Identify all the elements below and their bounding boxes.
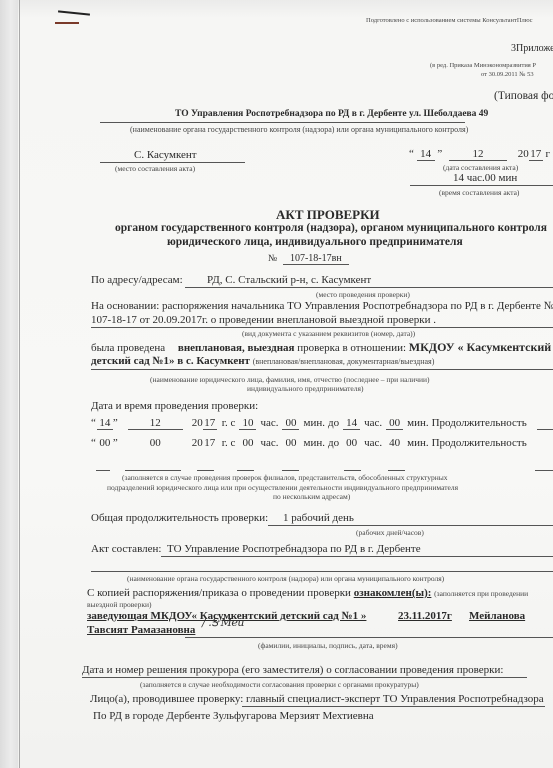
hour-label: час. <box>364 417 382 429</box>
act-number: 107-18-17вн <box>283 253 349 265</box>
from-hour-field: 10 <box>239 417 256 430</box>
month-field: 00 <box>128 437 183 449</box>
year-prefix: 20 <box>192 437 203 449</box>
year-field: 17 <box>203 417 217 430</box>
from-hour-field: 00 <box>239 437 256 449</box>
duration-label: Продолжительность <box>432 417 527 429</box>
min-label: мин. <box>407 437 428 449</box>
day-field: 14 <box>97 417 113 430</box>
blank-field <box>197 470 214 471</box>
inspector-label: Лицо(а), проводившее проверку: <box>90 693 243 705</box>
inspector-value-2: По РД в городе Дербенте Зульфугарова Мер… <box>93 710 374 722</box>
duration-field <box>537 417 553 430</box>
datetime-row: “14”122017г. с10час.00мин.до14час.00мин.… <box>91 417 553 430</box>
min-label: мин. <box>407 417 428 429</box>
divider <box>242 706 545 707</box>
duration-label: Продолжительность <box>432 437 527 449</box>
quote: ” <box>437 148 442 160</box>
page-fold-line <box>19 0 20 768</box>
to-min-field: 40 <box>386 437 403 449</box>
acquainted-caption: (фамилии, инициалы, подпись, дата, время… <box>258 641 398 650</box>
divider <box>82 677 527 678</box>
quote: “ <box>91 417 96 429</box>
divider <box>91 327 553 328</box>
month-field: 12 <box>128 417 183 430</box>
divider <box>161 556 553 557</box>
divider <box>185 287 553 288</box>
from-label: г. с <box>222 437 236 449</box>
edition-note: (в ред. Приказа Минэкономразвития Р <box>430 62 536 69</box>
prosecutor-label: Дата и номер решения прокурора (его заме… <box>82 664 503 676</box>
entity-caption-1: (наименование юридического лица, фамилия… <box>150 375 430 384</box>
acquainted-date: 23.11.2017г <box>398 610 452 622</box>
quote: ” <box>113 437 118 449</box>
pen-mark <box>58 10 90 15</box>
branch-caption-1: (заполняется в случае проведения проверо… <box>122 473 448 482</box>
acquainted-note: (заполняется при проведении <box>434 589 528 598</box>
branch-caption-2: подразделений юридического лица или при … <box>107 483 458 492</box>
inspection-prefix: была проведена <box>91 342 165 354</box>
hour-label: час. <box>364 437 382 449</box>
from-min-field: 00 <box>282 417 299 430</box>
from-min-field: 00 <box>282 437 299 449</box>
divider <box>100 122 465 123</box>
inspection-type-note: (внеплановая/внеплановая, документарная/… <box>253 357 435 366</box>
divider <box>91 571 553 572</box>
prepared-with-note: Подготовлено с использованием системы Ко… <box>366 17 533 24</box>
blank-field <box>344 470 361 471</box>
act-subtitle-2: юридического лица, индивидуального предп… <box>167 236 463 248</box>
act-subtitle-1: органом государственного контроля (надзо… <box>115 222 547 234</box>
signature: / .Ꭶ Мей <box>202 616 244 630</box>
datetime-label: Дата и время проведения проверки: <box>91 400 258 412</box>
basis-line-2: 107-18-17 от 20.09.2017г. о проведении в… <box>91 314 436 326</box>
duration-caption: (рабочих дней/часов) <box>356 528 424 537</box>
acquainted-name: Тавсият Рамазановна <box>87 624 195 636</box>
day-field: 00 <box>97 437 113 449</box>
quote: ” <box>113 417 118 429</box>
to-hour-field: 14 <box>343 417 360 430</box>
min-label: мин. <box>303 417 324 429</box>
number-label: № <box>268 254 277 264</box>
acquainted-word: ознакомлен(ы): <box>354 587 432 599</box>
year-field: 17 <box>203 437 217 449</box>
compiled-caption: (наименование органа государственного ко… <box>127 574 444 583</box>
to-label: до <box>328 437 339 449</box>
branch-caption-3: по нескольким адресам) <box>273 492 350 501</box>
inspection-type: внеплановая, выездная <box>178 342 295 354</box>
time-value: 14 час.00 мин <box>453 172 517 184</box>
basis-line-1: На основании: распоряжения начальника ТО… <box>91 300 553 312</box>
year-unit: г <box>546 148 551 160</box>
blank-field <box>96 470 110 471</box>
address-label: По адресу/адресам: <box>91 274 183 286</box>
address-caption: (место проведения проверки) <box>316 290 410 299</box>
time-caption: (время составления акта) <box>439 188 519 197</box>
hour-label: час. <box>260 417 278 429</box>
datetime-row: “00”002017г. с00час.00мин.до00час.40мин.… <box>91 437 527 449</box>
entity-name-1: МКДОУ « Касумкентский <box>409 340 551 354</box>
scan-edge <box>0 0 18 768</box>
inspector-value-1: главный специалист-эксперт ТО Управления… <box>246 693 544 705</box>
address-value: РД, С. Стальский р-н, с. Касумкент <box>207 274 371 286</box>
to-hour-field: 00 <box>343 437 360 449</box>
document-page: Подготовлено с использованием системы Ко… <box>0 0 553 768</box>
form-type: (Типовая форма <box>494 90 553 102</box>
entity-name-2: детский сад №1» в с. Касумкент <box>91 355 250 367</box>
date-month: 12 <box>449 148 507 161</box>
inspection-middle: проверка в отношении: <box>297 342 406 354</box>
duration-label: Общая продолжительность проверки: <box>91 512 268 524</box>
to-label: до <box>328 417 339 429</box>
basis-caption: (вид документа с указанием реквизитов (н… <box>242 329 415 338</box>
entity-caption-2: индивидуального предпринимателя) <box>247 384 363 393</box>
divider <box>185 637 553 638</box>
authority-caption: (наименование органа государственного ко… <box>130 125 468 134</box>
appendix-label: 3Приложение <box>511 43 553 54</box>
year-prefix: 20 <box>192 417 203 429</box>
from-label: г. с <box>222 417 236 429</box>
acquainted-surname: Мейланова <box>469 610 525 622</box>
quote: “ <box>91 437 96 449</box>
divider <box>410 185 553 186</box>
authority-name: ТО Управления Роспотребнадзора по РД в г… <box>175 109 488 119</box>
date-year-prefix: 20 <box>518 148 529 160</box>
date-day: 14 <box>417 148 435 161</box>
min-label: мин. <box>303 437 324 449</box>
place-caption: (место составления акта) <box>115 164 195 173</box>
prosecutor-caption: (заполняется в случае необходимости согл… <box>140 680 419 689</box>
pen-mark <box>55 22 79 24</box>
divider <box>91 369 553 370</box>
duration-value: 1 рабочий день <box>283 512 354 524</box>
compiled-label: Акт составлен: <box>91 543 161 555</box>
divider <box>100 162 245 163</box>
to-min-field: 00 <box>386 417 403 430</box>
hour-label: час. <box>260 437 278 449</box>
date-caption: (дата составления акта) <box>443 163 518 172</box>
blank-field <box>282 470 299 471</box>
quote: “ <box>409 148 414 160</box>
blank-field <box>388 470 405 471</box>
blank-field <box>535 470 553 471</box>
date-year: 17 <box>529 148 543 161</box>
edition-date: от 30.09.2011 № 53 <box>481 71 534 78</box>
place-value: С. Касумкент <box>134 149 197 161</box>
acquainted-note-2: выездной проверки) <box>87 600 152 609</box>
acquainted-prefix: С копией распоряжения/приказа о проведен… <box>87 587 351 599</box>
divider <box>268 525 553 526</box>
blank-field <box>237 470 254 471</box>
blank-field <box>125 470 181 471</box>
act-title: АКТ ПРОВЕРКИ <box>276 207 380 223</box>
compiled-value: ТО Управление Роспотребнадзора по РД в г… <box>167 543 421 555</box>
